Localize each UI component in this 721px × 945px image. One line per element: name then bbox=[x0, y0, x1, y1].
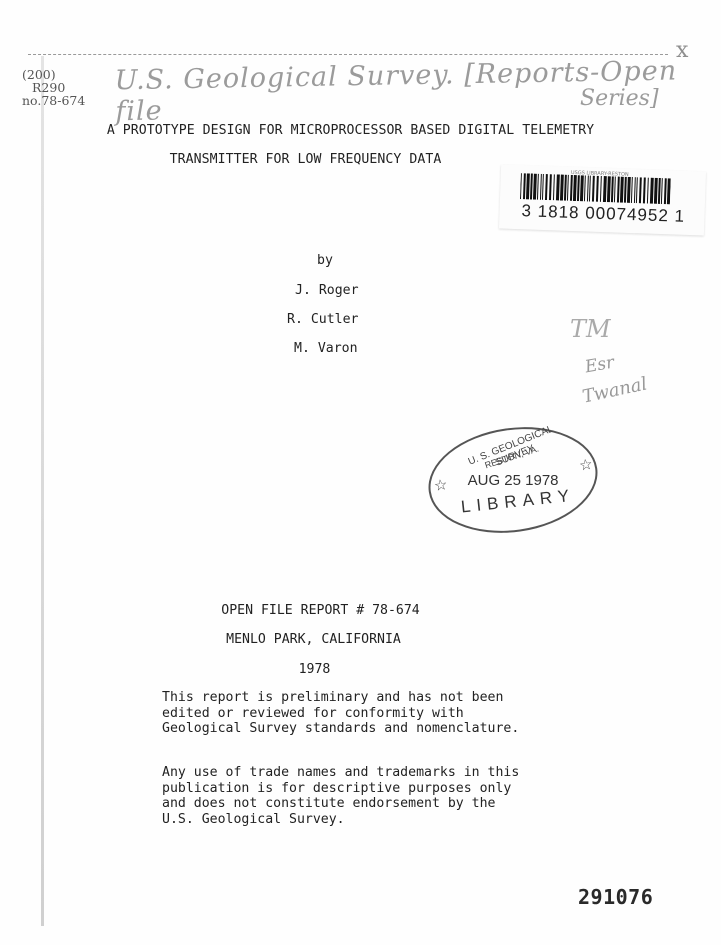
report-number: OPEN FILE REPORT # 78-674 bbox=[0, 603, 681, 618]
handwritten-initials: Esr bbox=[583, 353, 615, 378]
call-number-line: no.78-674 bbox=[22, 94, 85, 107]
star-icon: ☆ bbox=[578, 455, 594, 476]
star-icon: ☆ bbox=[433, 475, 449, 496]
author-name: R. Cutler bbox=[287, 312, 358, 327]
document-number: 291076 bbox=[578, 885, 653, 909]
top-dashed-rule bbox=[28, 54, 668, 55]
handwritten-corner-mark: x bbox=[676, 38, 688, 63]
report-year: 1978 bbox=[0, 662, 675, 677]
author-name: J. Roger bbox=[295, 283, 359, 298]
library-received-stamp: U. S. GEOLOGICAL SURVEY RESTON, VA. ☆ AU… bbox=[422, 417, 605, 544]
stamp-date: AUG 25 1978 bbox=[458, 472, 568, 489]
handwritten-catalog-heading-cont: Series] bbox=[580, 86, 659, 111]
stamp-library: LIBRARY bbox=[454, 485, 581, 518]
handwritten-name-note: Twanal bbox=[581, 373, 650, 407]
disclaimer-trade-names: Any use of trade names and trademarks in… bbox=[162, 765, 519, 827]
barcode-icon bbox=[520, 173, 671, 204]
library-barcode-label: USGS LIBRARY-RESTON 3 1818 00074952 1 bbox=[499, 164, 706, 235]
title-line-1: A PROTOTYPE DESIGN FOR MICROPROCESSOR BA… bbox=[0, 123, 711, 138]
disclaimer-preliminary: This report is preliminary and has not b… bbox=[162, 690, 519, 737]
handwritten-initials-tm: TM bbox=[570, 315, 611, 343]
report-location: MENLO PARK, CALIFORNIA bbox=[0, 632, 674, 647]
handwritten-call-number: (200) R290 no.78-674 bbox=[22, 68, 85, 107]
byline-by: by bbox=[305, 253, 345, 268]
document-page: U.S. Geological Survey. [Reports-Open fi… bbox=[0, 0, 721, 945]
barcode-number: 3 1818 00074952 1 bbox=[521, 201, 685, 227]
left-edge-shadow bbox=[41, 56, 44, 926]
title-line-2: TRANSMITTER FOR LOW FREQUENCY DATA bbox=[0, 152, 666, 167]
author-name: M. Varon bbox=[294, 341, 358, 356]
